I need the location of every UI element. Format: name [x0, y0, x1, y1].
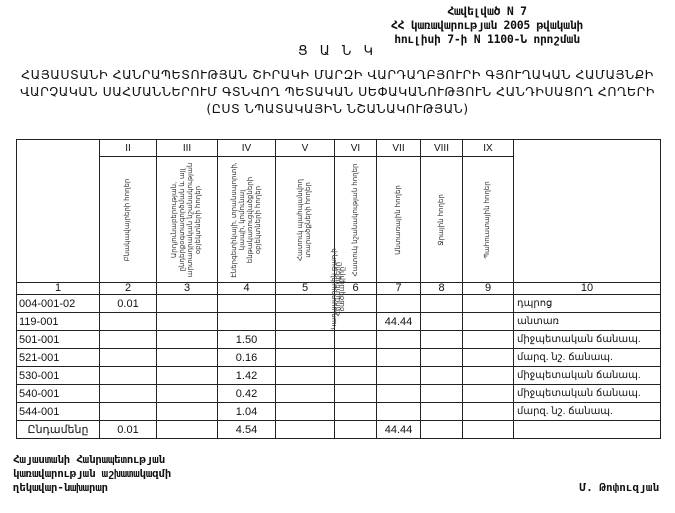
- area-value: [335, 349, 377, 367]
- land-purpose: միջպետական ճանապ.: [514, 367, 661, 385]
- roman-header: II: [100, 140, 157, 157]
- signatory-name: Մ. Թոփուզյան: [580, 481, 659, 494]
- total-cell: 44.44: [377, 421, 421, 439]
- area-value: 1.42: [218, 367, 276, 385]
- area-value: [276, 349, 335, 367]
- area-value: [157, 295, 218, 313]
- signatory-line-3: ղեկավար-նախարար: [13, 481, 171, 495]
- header-cell: Կադաստրային թաղ.ի ծածկագիրը: [17, 140, 100, 283]
- area-value: [276, 331, 335, 349]
- signatory-title: Հայաստանի Հանրապետության կառավարության ա…: [13, 453, 171, 495]
- area-value: [463, 367, 514, 385]
- area-value: [421, 331, 463, 349]
- area-value: [157, 349, 218, 367]
- area-value: [377, 367, 421, 385]
- total-cell: 4.54: [218, 421, 276, 439]
- column-number: 10: [514, 283, 661, 295]
- total-cell: [335, 421, 377, 439]
- header-cell: Հատուկ նշանակության հողեր: [335, 157, 377, 283]
- area-value: [421, 367, 463, 385]
- area-value: [463, 385, 514, 403]
- land-purpose: մարզ. նշ. ճանապ.: [514, 349, 661, 367]
- area-value: [377, 403, 421, 421]
- table-row: 544-0011.04մարզ. նշ. ճանապ.: [17, 403, 661, 421]
- signatory-line-2: կառավարության աշխատակազմի: [13, 467, 171, 481]
- roman-header: V: [276, 140, 335, 157]
- area-value: [100, 403, 157, 421]
- area-value: [377, 331, 421, 349]
- total-cell: [421, 421, 463, 439]
- area-value: [276, 295, 335, 313]
- area-value: 1.04: [218, 403, 276, 421]
- title-line-2: ՎԱՐՉԱԿԱՆ ՍԱՀՄԱՆՆԵՐՈՒՄ ԳՏՆՎՈՂ ՊԵՏԱԿԱՆ ՍԵՓ…: [0, 83, 675, 100]
- land-purpose: անտառ: [514, 313, 661, 331]
- land-purpose: միջպետական ճանապ.: [514, 331, 661, 349]
- column-number: 1: [17, 283, 100, 295]
- annex-number: Հավելված N 7: [391, 4, 583, 18]
- area-value: [335, 367, 377, 385]
- header-cell: Անտառային հողեր: [377, 157, 421, 283]
- column-number: 9: [463, 283, 514, 295]
- area-value: 0.42: [218, 385, 276, 403]
- land-purpose: մարզ. նշ. ճանապ.: [514, 403, 661, 421]
- area-value: 1.50: [218, 331, 276, 349]
- area-value: [463, 331, 514, 349]
- area-value: [276, 313, 335, 331]
- column-number: 2: [100, 283, 157, 295]
- area-value: [157, 313, 218, 331]
- title-line-1: ՀԱՅԱՍՏԱՆԻ ՀԱՆՐԱՊԵՏՈՒԹՅԱՆ ՇԻՐԱԿԻ ՄԱՐԶԻ ՎԱ…: [0, 66, 675, 83]
- total-cell: 0.01: [100, 421, 157, 439]
- area-value: [377, 349, 421, 367]
- area-value: [421, 295, 463, 313]
- area-value: [463, 313, 514, 331]
- column-number: 8: [421, 283, 463, 295]
- area-value: [218, 313, 276, 331]
- total-cell: [157, 421, 218, 439]
- document-title: ՀԱՅԱՍՏԱՆԻ ՀԱՆՐԱՊԵՏՈՒԹՅԱՆ ՇԻՐԱԿԻ ՄԱՐԶԻ ՎԱ…: [0, 66, 675, 117]
- roman-header: IX: [463, 140, 514, 157]
- roman-header: VII: [377, 140, 421, 157]
- header-cell: Հատուկ պահպանվող տարածքների հողեր: [276, 157, 335, 283]
- parcel-code: 119-001: [17, 313, 100, 331]
- land-purpose: միջպետական ճանապ.: [514, 385, 661, 403]
- area-value: [463, 403, 514, 421]
- header-cell: Բնակավայրերի հողեր: [100, 157, 157, 283]
- area-value: [276, 385, 335, 403]
- area-value: [276, 403, 335, 421]
- area-value: [100, 367, 157, 385]
- area-value: [100, 331, 157, 349]
- parcel-code: 540-001: [17, 385, 100, 403]
- header-cell: Ջրային հողեր: [421, 157, 463, 283]
- area-value: [335, 403, 377, 421]
- total-cell: [514, 421, 661, 439]
- land-table: Կադաստրային թաղ.ի ծածկագիրը II III IV V …: [16, 139, 661, 439]
- title-line-3: (ԸՍՏ ՆՊԱՏԱԿԱՅԻՆ ՆՇԱՆԱԿՈՒԹՅԱՆ): [0, 100, 675, 117]
- area-value: [100, 349, 157, 367]
- area-value: [463, 295, 514, 313]
- land-purpose: դպրոց: [514, 295, 661, 313]
- area-value: [157, 385, 218, 403]
- annex-decision: ՀՀ կառավարության 2005 թվականի: [391, 18, 583, 32]
- total-label: Ընդամենը: [17, 421, 100, 439]
- signatory-line-1: Հայաստանի Հանրապետության: [13, 453, 171, 467]
- area-value: [157, 367, 218, 385]
- area-value: [421, 313, 463, 331]
- area-value: [421, 403, 463, 421]
- roman-header: VI: [335, 140, 377, 157]
- area-value: [377, 295, 421, 313]
- area-value: [463, 349, 514, 367]
- table-row: 530-0011.42միջպետական ճանապ.: [17, 367, 661, 385]
- parcel-code: 521-001: [17, 349, 100, 367]
- header-cell: Արդյունաբերության, ընդերքօգտագործման և ա…: [157, 157, 218, 283]
- roman-header: IV: [218, 140, 276, 157]
- area-value: [276, 367, 335, 385]
- header-cell: Հողատեսքերը: [514, 140, 661, 283]
- header-cell: Պահուստային հողեր: [463, 157, 514, 283]
- total-cell: [463, 421, 514, 439]
- area-value: [157, 403, 218, 421]
- area-value: 44.44: [377, 313, 421, 331]
- area-value: [157, 331, 218, 349]
- parcel-code: 501-001: [17, 331, 100, 349]
- column-number: 5: [276, 283, 335, 295]
- area-value: [377, 385, 421, 403]
- roman-header: VIII: [421, 140, 463, 157]
- total-row: Ընդամենը 0.01 4.54 44.44: [17, 421, 661, 439]
- table-row: 540-0010.42միջպետական ճանապ.: [17, 385, 661, 403]
- roman-header: III: [157, 140, 218, 157]
- column-number: 3: [157, 283, 218, 295]
- parcel-code: 530-001: [17, 367, 100, 385]
- area-value: 0.01: [100, 295, 157, 313]
- total-cell: [276, 421, 335, 439]
- column-number: 7: [377, 283, 421, 295]
- area-value: [335, 385, 377, 403]
- column-number: 4: [218, 283, 276, 295]
- area-value: [421, 349, 463, 367]
- area-value: [100, 313, 157, 331]
- annex-reference: Հավելված N 7 ՀՀ կառավարության 2005 թվակա…: [391, 4, 583, 46]
- parcel-code: 004-001-02: [17, 295, 100, 313]
- table-row: 521-0010.16մարզ. նշ. ճանապ.: [17, 349, 661, 367]
- area-value: [421, 385, 463, 403]
- document-heading: Ց Ա Ն Կ: [0, 44, 675, 59]
- header-cell: Էներգետիկայի, տրանսպորտի, կապի, կոմունալ…: [218, 157, 276, 283]
- area-value: [218, 295, 276, 313]
- parcel-code: 544-001: [17, 403, 100, 421]
- area-value: [100, 385, 157, 403]
- area-value: 0.16: [218, 349, 276, 367]
- roman-header-row: Կադաստրային թաղ.ի ծածկագիրը II III IV V …: [17, 140, 661, 157]
